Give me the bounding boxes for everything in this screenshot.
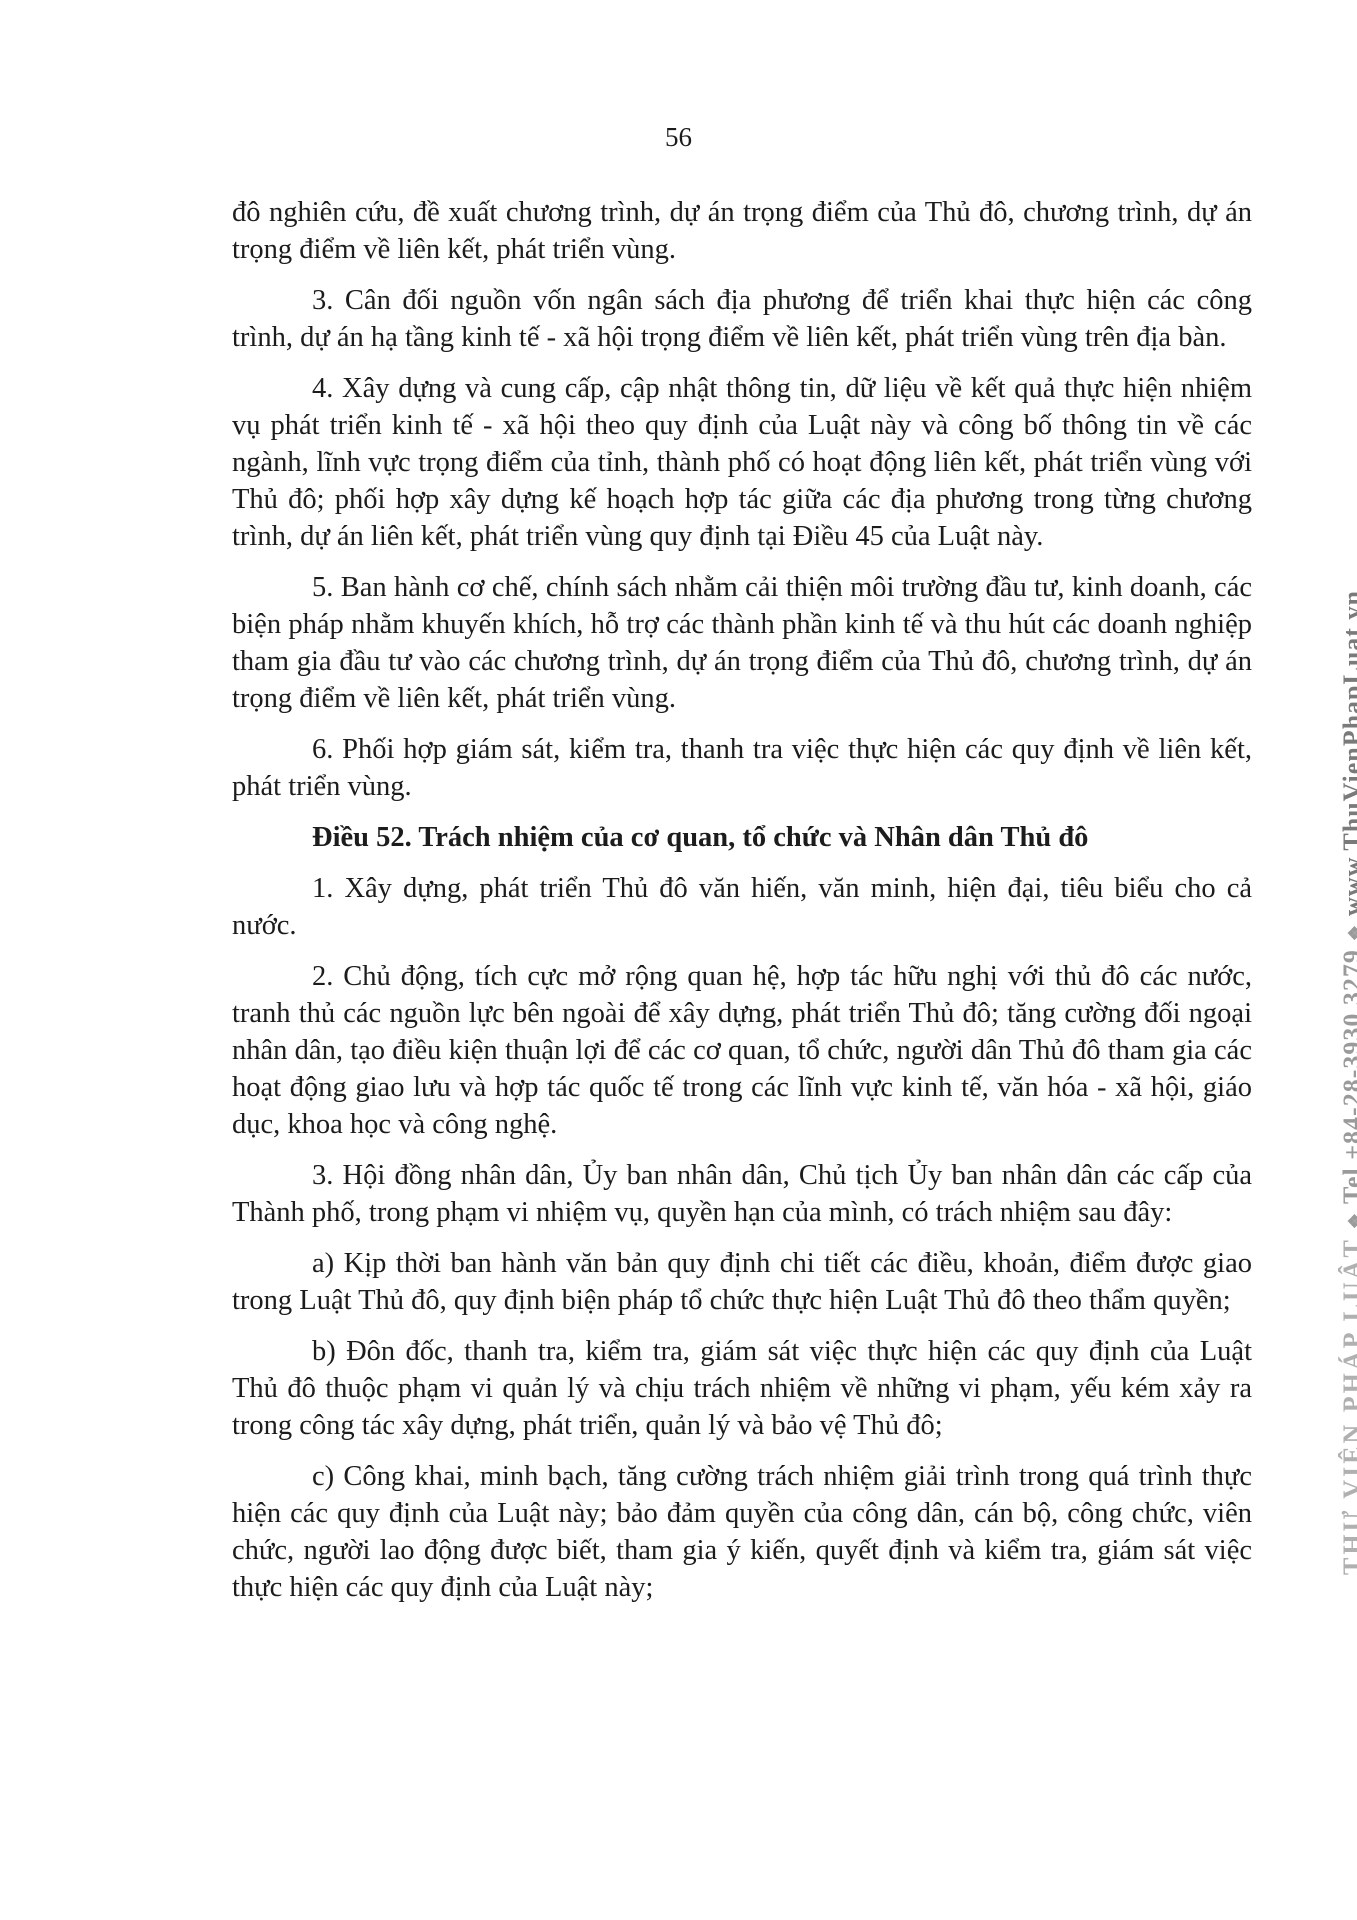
article-point-c: c) Công khai, minh bạch, tăng cường trác… [232,1458,1252,1606]
article-clause-1: 1. Xây dựng, phát triển Thủ đô văn hiến,… [232,870,1252,944]
article-heading: Điều 52. Trách nhiệm của cơ quan, tổ chứ… [232,819,1252,856]
article-point-a: a) Kịp thời ban hành văn bản quy định ch… [232,1245,1252,1319]
paragraph-clause-3: 3. Cân đối nguồn vốn ngân sách địa phươn… [232,282,1252,356]
paragraph-clause-4: 4. Xây dựng và cung cấp, cập nhật thông … [232,370,1252,555]
watermark-separator-icon: ❖ [1345,924,1357,941]
article-clause-3: 3. Hội đồng nhân dân, Ủy ban nhân dân, C… [232,1157,1252,1231]
article-clause-2: 2. Chủ động, tích cực mở rộng quan hệ, h… [232,958,1252,1143]
watermark-phone: Tel +84-28-3930 3279 [1338,949,1357,1204]
page-number: 56 [0,122,1357,153]
watermark-separator-icon: ❖ [1345,1212,1357,1229]
article-point-b: b) Đôn đốc, thanh tra, kiểm tra, giám sá… [232,1333,1252,1444]
watermark: THƯ VIỆN PHÁP LUẬT❖Tel +84-28-3930 3279❖… [1338,590,1357,1575]
watermark-website: www.ThuVienPhapLuat.vn [1338,590,1357,916]
paragraph-clause-5: 5. Ban hành cơ chế, chính sách nhằm cải … [232,569,1252,717]
paragraph-continuation: đô nghiên cứu, đề xuất chương trình, dự … [232,194,1252,268]
paragraph-clause-6: 6. Phối hợp giám sát, kiểm tra, thanh tr… [232,731,1252,805]
document-body: đô nghiên cứu, đề xuất chương trình, dự … [232,194,1252,1620]
watermark-brand: THƯ VIỆN PHÁP LUẬT [1338,1237,1357,1575]
